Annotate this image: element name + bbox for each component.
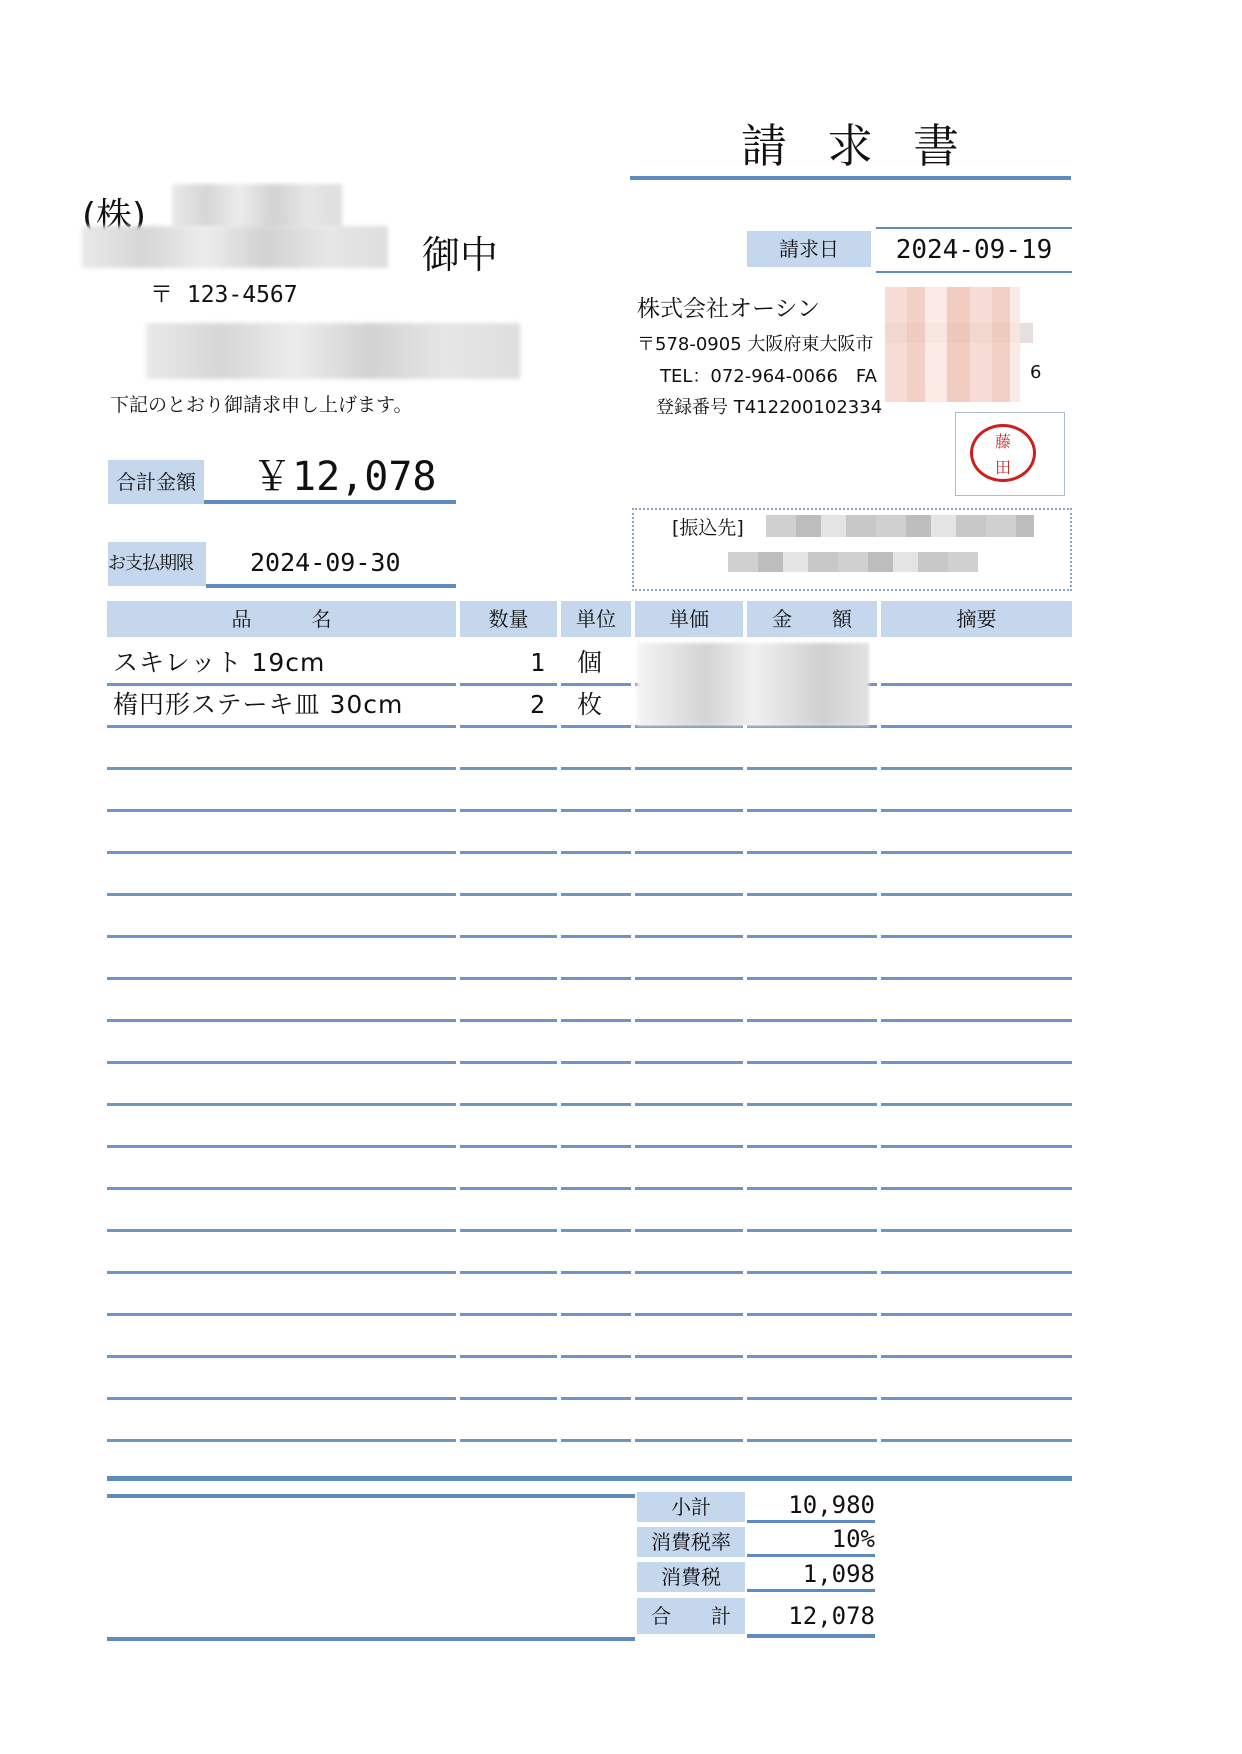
column-header-item: 品 名: [107, 601, 456, 637]
row-divider: [460, 1187, 557, 1190]
tax-rate-value: 10%: [747, 1524, 875, 1557]
row-divider: [561, 1355, 631, 1358]
row-divider: [561, 977, 631, 980]
row-divider: [460, 1397, 557, 1400]
row-divider: [460, 977, 557, 980]
row-divider: [881, 893, 1072, 896]
row-divider: [635, 1145, 743, 1148]
row-divider: [747, 935, 877, 938]
row-divider: [561, 1439, 631, 1442]
column-header-unit: 単位: [561, 601, 631, 637]
document-title: 請求書: [630, 110, 1070, 176]
column-header-note: 摘要: [881, 601, 1072, 637]
row-divider: [561, 725, 631, 728]
table-cell-unit: 枚: [561, 685, 631, 725]
row-divider: [107, 1271, 456, 1274]
row-divider: [635, 1103, 743, 1106]
row-divider: [635, 893, 743, 896]
row-divider: [460, 1313, 557, 1316]
row-divider: [107, 893, 456, 896]
grand-total-value: 12,078: [747, 1598, 875, 1638]
row-divider: [460, 1019, 557, 1022]
table-cell-item: スキレット 19cm: [107, 643, 456, 683]
row-divider: [107, 935, 456, 938]
row-divider: [561, 1313, 631, 1316]
row-divider: [561, 935, 631, 938]
row-divider: [881, 935, 1072, 938]
row-divider: [460, 893, 557, 896]
row-divider: [107, 1313, 456, 1316]
row-divider: [881, 851, 1072, 854]
issuer-tel-fax: TEL：072-964-0066 FA: [660, 362, 877, 388]
row-divider: [635, 977, 743, 980]
seal-char-1: 藤: [973, 429, 1033, 455]
recipient-honorific: 御中: [422, 224, 498, 279]
row-divider: [881, 1229, 1072, 1232]
row-divider: [107, 851, 456, 854]
row-divider: [747, 893, 877, 896]
row-divider: [747, 1439, 877, 1442]
row-divider: [561, 851, 631, 854]
recipient-postal-code: 〒 123-4567: [150, 276, 298, 309]
table-cell-item: 楕円形ステーキ皿 30cm: [107, 685, 456, 725]
row-divider: [881, 1019, 1072, 1022]
row-divider: [635, 935, 743, 938]
row-divider: [460, 767, 557, 770]
column-header-amount: 金 額: [747, 601, 877, 637]
subtotal-value: 10,980: [747, 1490, 875, 1523]
issuer-stamp-redacted: [885, 287, 1020, 402]
row-divider: [107, 977, 456, 980]
row-divider: [561, 1271, 631, 1274]
row-divider: [107, 809, 456, 812]
tax-label: 消費税: [637, 1562, 745, 1592]
row-divider: [460, 809, 557, 812]
row-divider: [561, 809, 631, 812]
row-divider: [460, 1145, 557, 1148]
row-divider: [635, 767, 743, 770]
row-divider: [881, 1397, 1072, 1400]
row-divider: [460, 1439, 557, 1442]
row-divider: [107, 1439, 456, 1442]
issuer-registration-number: 登録番号 T412200102334: [656, 393, 882, 419]
greeting-text: 下記のとおり御請求申し上げます。: [110, 390, 412, 417]
row-divider: [747, 767, 877, 770]
issuer-fax-tail: 6: [1030, 362, 1041, 383]
row-divider: [107, 1103, 456, 1106]
table-bottom-border: [107, 1476, 1072, 1481]
row-divider: [747, 1061, 877, 1064]
row-divider: [460, 935, 557, 938]
row-divider: [635, 1271, 743, 1274]
issuer-name: 株式会社オーシン: [637, 290, 820, 323]
recipient-name-redacted: [172, 184, 342, 228]
row-divider: [747, 1103, 877, 1106]
summary-left-top-border: [107, 1494, 635, 1498]
total-amount-label: 合計金額: [108, 460, 204, 504]
issue-date-label: 請求日: [747, 231, 871, 267]
row-divider: [881, 977, 1072, 980]
row-divider: [635, 1439, 743, 1442]
tax-value: 1,098: [747, 1559, 875, 1592]
row-divider: [747, 809, 877, 812]
row-divider: [635, 1061, 743, 1064]
payment-due-value: 2024-09-30: [206, 538, 456, 588]
row-divider: [881, 1145, 1072, 1148]
summary-left-bottom-border: [107, 1637, 635, 1641]
tax-rate-label: 消費税率: [637, 1527, 745, 1557]
issuer-address: 〒578-0905 大阪府東大阪市: [637, 330, 873, 356]
row-divider: [107, 725, 456, 728]
row-divider: [460, 725, 557, 728]
seal-char-2: 田: [973, 455, 1033, 481]
table-cell-qty: 1: [460, 643, 545, 683]
recipient-address-redacted: [146, 323, 520, 379]
row-divider: [561, 1019, 631, 1022]
payment-due-label: お支払期限: [108, 542, 206, 586]
row-divider: [561, 1145, 631, 1148]
row-divider: [561, 893, 631, 896]
row-divider: [747, 1397, 877, 1400]
row-divider: [881, 767, 1072, 770]
row-divider: [881, 1103, 1072, 1106]
row-divider: [107, 1397, 456, 1400]
row-divider: [460, 1355, 557, 1358]
bank-info-label: [振込先]: [672, 513, 744, 540]
row-divider: [747, 1271, 877, 1274]
row-divider: [747, 1145, 877, 1148]
row-divider: [561, 1187, 631, 1190]
column-header-price: 単価: [635, 601, 743, 637]
row-divider: [107, 1229, 456, 1232]
subtotal-label: 小計: [637, 1492, 745, 1522]
row-divider: [747, 1019, 877, 1022]
row-divider: [107, 1145, 456, 1148]
row-divider: [561, 767, 631, 770]
row-divider: [635, 1229, 743, 1232]
table-cell-note: [881, 685, 1072, 725]
row-divider: [747, 1229, 877, 1232]
row-divider: [881, 1061, 1072, 1064]
row-divider: [881, 1355, 1072, 1358]
bank-info-redacted: [766, 515, 1034, 537]
row-divider: [635, 1019, 743, 1022]
row-divider: [881, 1271, 1072, 1274]
row-divider: [561, 1229, 631, 1232]
issue-date-value: 2024-09-19: [876, 227, 1072, 273]
row-divider: [747, 977, 877, 980]
column-header-qty: 数量: [460, 601, 557, 637]
row-divider: [460, 1103, 557, 1106]
row-divider: [635, 809, 743, 812]
title-underline: [630, 176, 1071, 180]
price-amount-redacted: [637, 643, 869, 726]
row-divider: [635, 851, 743, 854]
row-divider: [747, 1355, 877, 1358]
row-divider: [635, 1313, 743, 1316]
table-cell-qty: 2: [460, 685, 545, 725]
row-divider: [747, 1187, 877, 1190]
row-divider: [747, 1313, 877, 1316]
row-divider: [635, 1355, 743, 1358]
row-divider: [881, 1187, 1072, 1190]
row-divider: [107, 1187, 456, 1190]
grand-total-label: 合 計: [637, 1598, 745, 1634]
row-divider: [460, 851, 557, 854]
table-cell-unit: 個: [561, 643, 631, 683]
row-divider: [635, 1397, 743, 1400]
row-divider: [881, 809, 1072, 812]
recipient-name-redacted-2: [82, 226, 388, 268]
row-divider: [107, 1019, 456, 1022]
row-divider: [460, 1229, 557, 1232]
seal-stamp-icon: 藤 田: [970, 424, 1036, 482]
row-divider: [881, 1439, 1072, 1442]
row-divider: [107, 767, 456, 770]
row-divider: [107, 1061, 456, 1064]
table-cell-note: [881, 643, 1072, 683]
row-divider: [107, 1355, 456, 1358]
row-divider: [561, 1061, 631, 1064]
row-divider: [747, 851, 877, 854]
row-divider: [881, 1313, 1072, 1316]
row-divider: [561, 1397, 631, 1400]
total-amount-value: ￥12,078: [204, 450, 456, 504]
row-divider: [460, 1271, 557, 1274]
bank-account-redacted: [728, 552, 978, 572]
row-divider: [561, 1103, 631, 1106]
row-divider: [460, 1061, 557, 1064]
row-divider: [635, 1187, 743, 1190]
row-divider: [881, 725, 1072, 728]
